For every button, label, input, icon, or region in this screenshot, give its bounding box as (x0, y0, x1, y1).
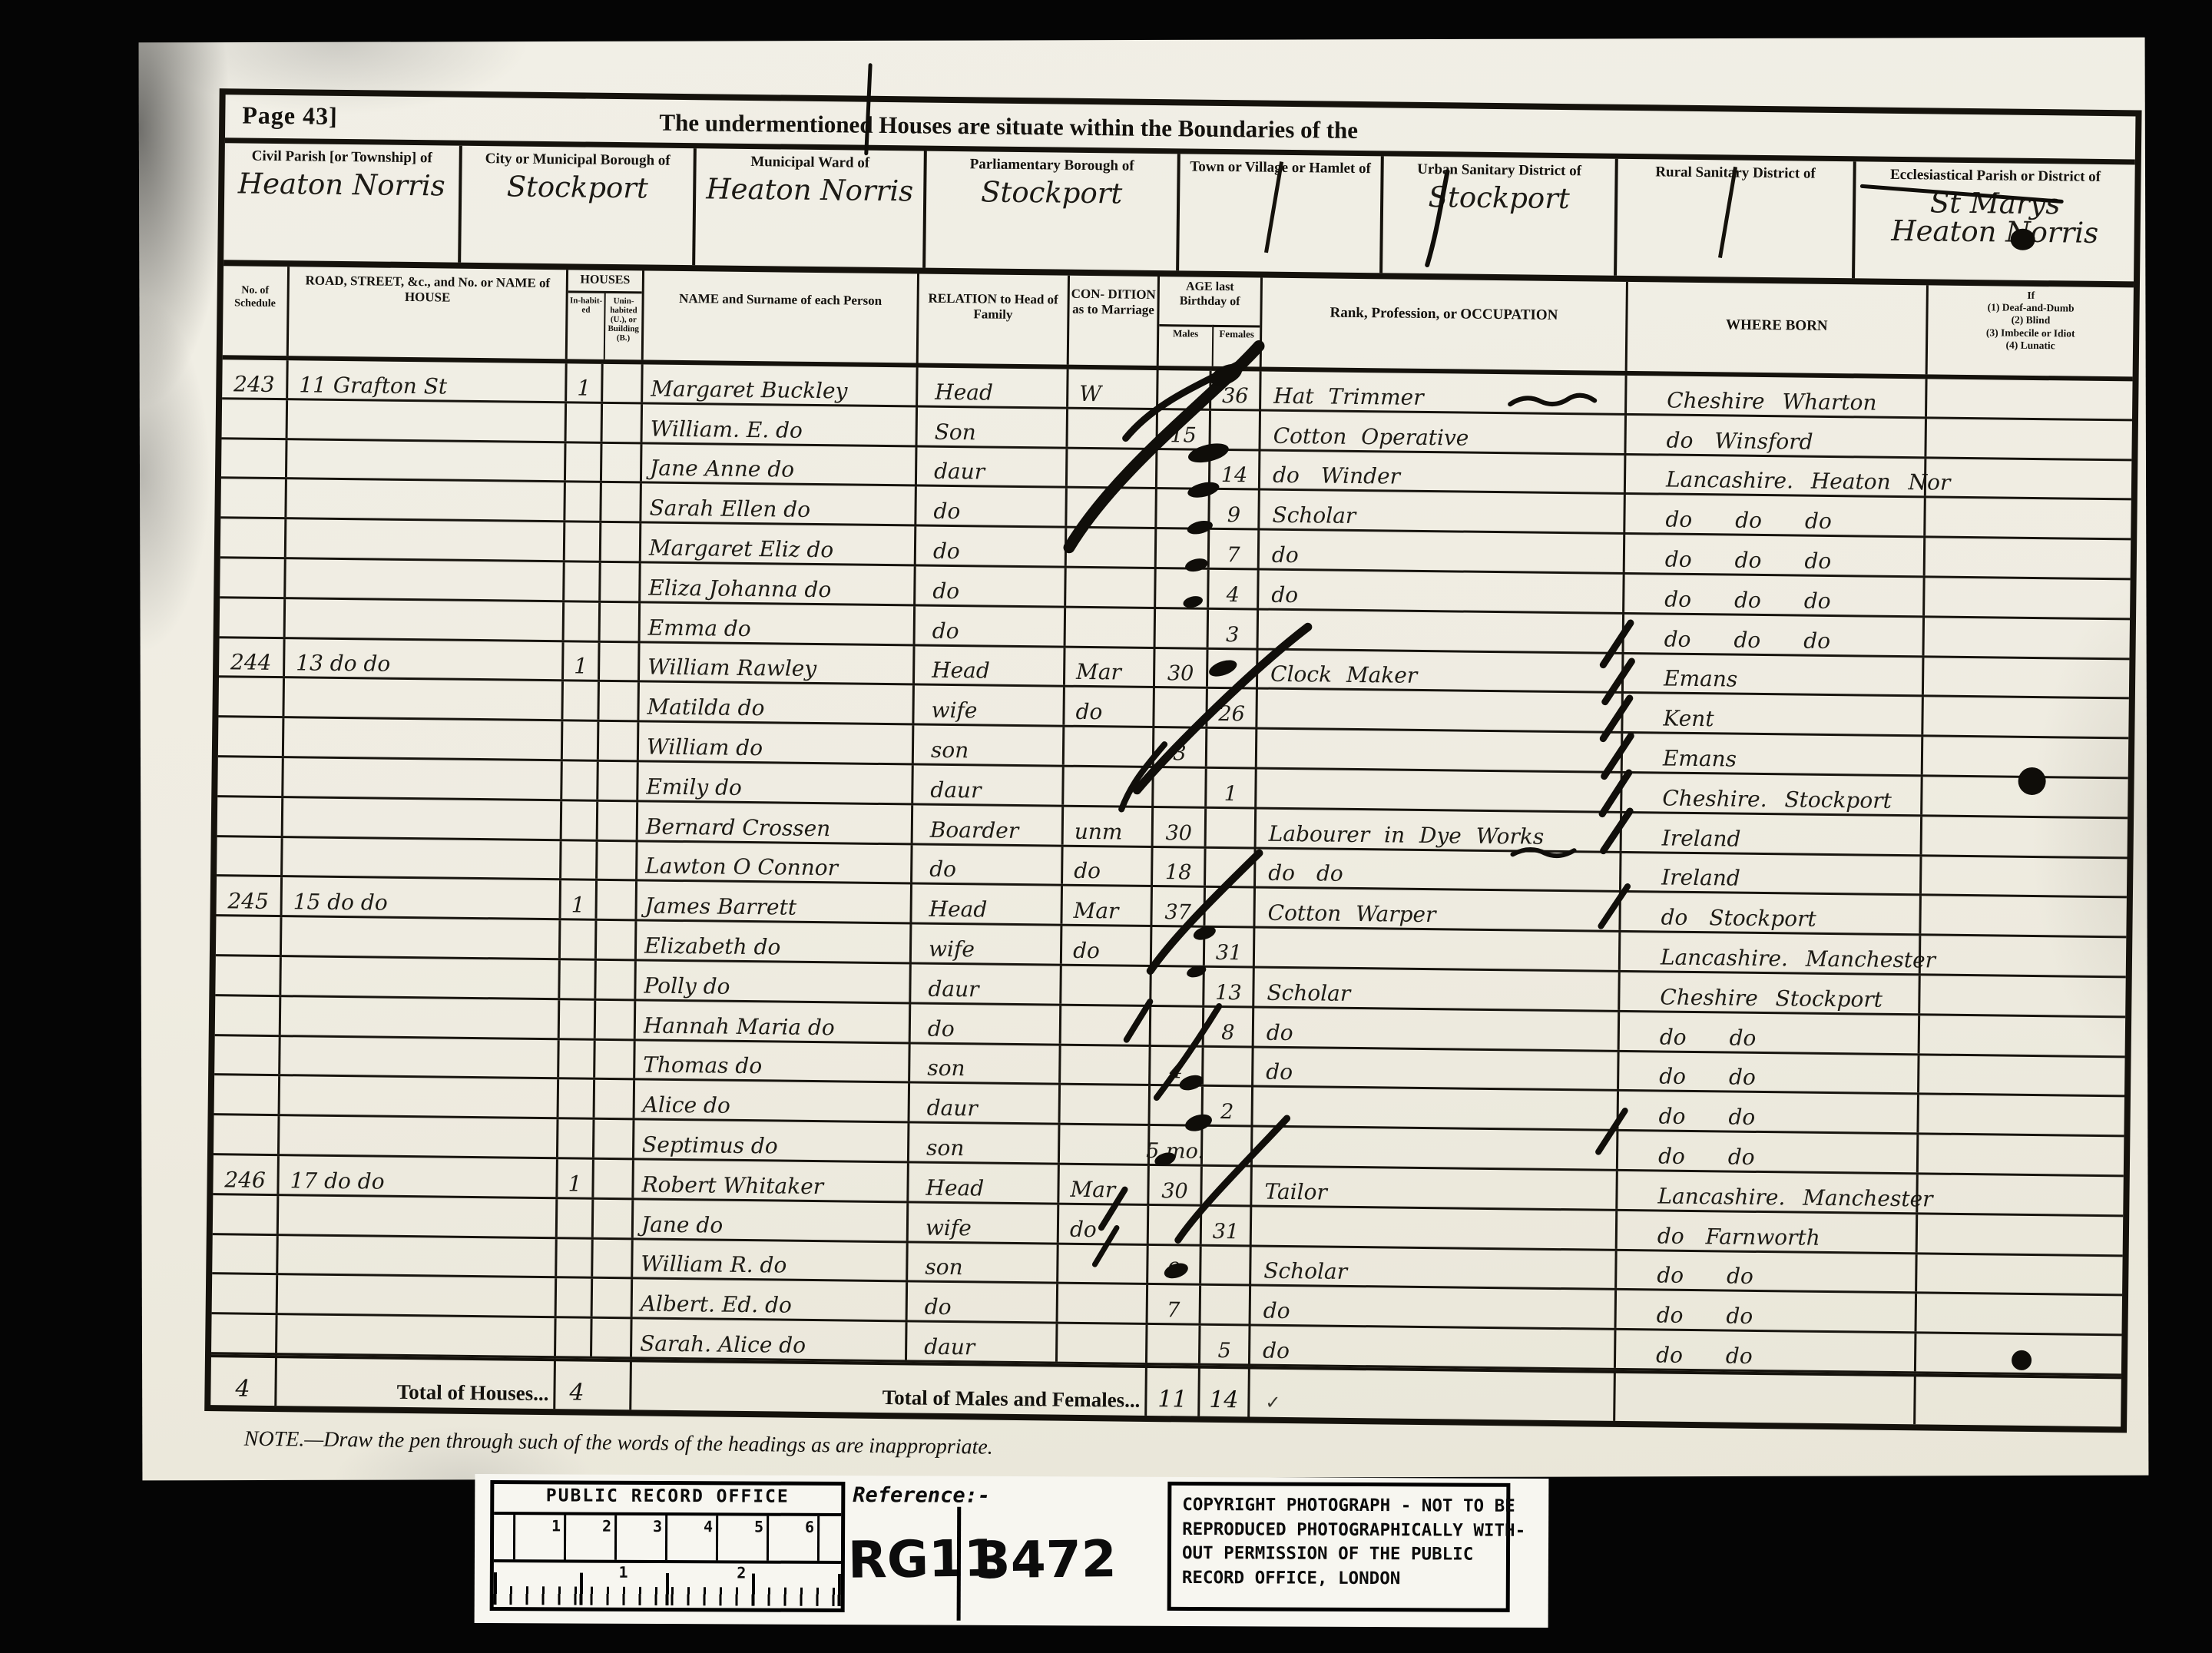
header-box-value (1180, 180, 1380, 182)
cell-schedule (217, 797, 282, 836)
cell-disability (1918, 1015, 2126, 1055)
cell-schedule: 244 (219, 638, 283, 677)
cell-age-female: 2 (1200, 1087, 1251, 1125)
totals-houses-label: Total of Houses... (274, 1355, 554, 1409)
cell-name: William R. do (631, 1240, 906, 1280)
cell-schedule (220, 518, 285, 557)
cell-uninhabited (599, 483, 640, 521)
cell-name: James Barrett (634, 882, 910, 923)
cell-schedule (212, 1235, 276, 1274)
cell-schedule (214, 1115, 278, 1154)
cell-disability (1924, 459, 2132, 499)
cell-inhabited (563, 483, 600, 521)
cell-disability (1917, 1055, 2125, 1095)
cell-schedule (220, 598, 284, 637)
cell-condition: do (1061, 846, 1151, 885)
col-header-occupation: Rank, Profession, or OCCUPATION (1260, 278, 1626, 371)
disability-line-4: (4) Lunatic (1928, 338, 2133, 353)
cell-age-male: 15 (1155, 410, 1209, 449)
header-box-label: Urban Sanitary District of (1383, 156, 1614, 180)
cell-age-female (1200, 1127, 1251, 1165)
cell-age-female (1199, 1286, 1250, 1324)
totals-born-empty (1613, 1370, 1914, 1424)
cell-inhabited (564, 443, 601, 481)
cell-schedule: 245 (217, 877, 281, 916)
cell-road (278, 1076, 558, 1117)
cell-uninhabited (595, 841, 636, 879)
cell-disability (1916, 1174, 2124, 1214)
cell-age-male: 4 (1148, 1047, 1202, 1085)
cell-name: Margaret Buckley (641, 364, 916, 405)
cell-disability (1919, 856, 2128, 896)
cell-inhabited (560, 801, 597, 839)
header-box: Urban Sanitary District of Stockport (1379, 156, 1615, 275)
cell-condition (1064, 608, 1154, 646)
cell-where-born: do do do (1622, 614, 1923, 655)
cell-disability (1914, 1294, 2122, 1334)
cell-disability (1920, 777, 2128, 817)
cell-age-female: 8 (1202, 1007, 1253, 1045)
cell-uninhabited (591, 1199, 632, 1237)
cell-age-male: 30 (1153, 649, 1207, 687)
col-header-age: AGE last Birthday of Males Females (1157, 277, 1260, 367)
cell-road (278, 1037, 558, 1078)
cell-inhabited (562, 562, 599, 600)
cell-schedule (214, 1036, 279, 1075)
cell-road (277, 1116, 557, 1157)
cell-inhabited (562, 602, 599, 640)
cell-name: Polly do (634, 961, 909, 1002)
cell-occupation: Clock Maker (1256, 650, 1622, 691)
cell-disability (1919, 936, 2127, 976)
col-header-age-label: AGE last Birthday of (1159, 277, 1260, 325)
header-box: Ecclesiastical Parish or District of St … (1852, 161, 2135, 281)
cell-uninhabited (596, 762, 637, 800)
col-header-where-born: WHERE BORN (1625, 282, 1926, 374)
cell-road (279, 997, 558, 1038)
cell-schedule (217, 837, 281, 876)
cell-road (286, 400, 565, 441)
cell-age-female: 36 (1209, 371, 1260, 409)
cell-inhabited (558, 920, 595, 958)
cell-where-born: Kent (1621, 694, 1922, 734)
cell-age-male: 3 (1152, 728, 1206, 767)
cell-occupation: Labourer in Dye Works (1254, 809, 1621, 850)
scanned-census-page: Page 43] The undermentioned Houses are s… (0, 0, 2212, 1653)
cell-age-male: 30 (1151, 808, 1205, 846)
cell-age-male: 9 (1146, 1245, 1200, 1284)
cell-age-female (1204, 809, 1255, 847)
ruler-cm-cell (494, 1515, 515, 1559)
cell-name: Elizabeth do (634, 922, 910, 962)
cell-age-female (1206, 649, 1257, 687)
copyright-line: COPYRIGHT PHOTOGRAPH - NOT TO BE (1182, 1493, 1506, 1519)
cell-age-male (1154, 609, 1207, 648)
cell-name: Emma do (638, 603, 914, 644)
cell-condition: do (1062, 687, 1153, 726)
header-box-value (1618, 185, 1853, 187)
cell-age-male (1147, 1206, 1200, 1244)
cell-age-male (1152, 688, 1206, 727)
cell-relation: do (909, 1004, 1060, 1043)
cell-road (280, 917, 559, 958)
cell-age-female (1203, 888, 1253, 926)
cell-name: Septimus do (632, 1120, 908, 1161)
cell-uninhabited (591, 1160, 632, 1198)
cell-relation: son (908, 1044, 1059, 1083)
cell-schedule (214, 1075, 279, 1114)
col-header-condition: CON- DITION as to Marriage (1067, 276, 1157, 366)
cell-age-male: 37 (1150, 887, 1204, 926)
totals-mf-label: Total of Males and Females... (629, 1359, 1145, 1416)
cell-uninhabited (594, 1001, 634, 1039)
ruler-cm-number: 6 (805, 1518, 814, 1536)
cell-where-born: do Farnworth (1615, 1211, 1916, 1252)
cell-uninhabited (591, 1239, 631, 1277)
cell-inhabited: 1 (558, 881, 595, 919)
cell-uninhabited (598, 563, 639, 601)
cell-schedule (211, 1314, 276, 1353)
cell-road (284, 519, 564, 560)
ruler-cm-cell: 1 (515, 1515, 566, 1559)
cell-age-female: 7 (1207, 530, 1258, 568)
cell-condition (1058, 1125, 1148, 1164)
cell-occupation (1255, 690, 1621, 731)
cell-relation: son (912, 726, 1063, 765)
cell-condition (1056, 1244, 1147, 1283)
totals-checkmark: ✓ (1247, 1366, 1614, 1420)
cell-schedule (215, 956, 280, 995)
form-title: The undermentioned Houses are situate wi… (502, 107, 1515, 146)
col-header-relation: RELATION to Head of Family (916, 273, 1068, 364)
cell-occupation (1254, 769, 1621, 810)
cell-condition: unm (1061, 807, 1152, 845)
cell-where-born: Emans (1621, 734, 1922, 774)
cell-inhabited (558, 960, 594, 998)
cell-relation: daur (911, 765, 1062, 804)
cell-condition: Mar (1063, 648, 1154, 686)
cell-where-born: do do (1614, 1251, 1916, 1291)
col-header-inhabited: In-habit-ed (568, 293, 604, 359)
header-box: Parliamentary Borough of Stockport (922, 151, 1177, 271)
cell-inhabited (558, 1000, 594, 1038)
cell-road (285, 440, 565, 481)
cell-occupation: Scholar (1249, 1247, 1615, 1288)
copyright-box: COPYRIGHT PHOTOGRAPH - NOT TO BEREPRODUC… (1167, 1482, 1511, 1612)
cell-age-male: 7 (1146, 1285, 1200, 1323)
cell-age-male (1151, 768, 1205, 807)
cell-relation: Boarder (911, 805, 1062, 844)
cell-age-female: 3 (1207, 610, 1257, 648)
cell-inhabited (556, 1119, 593, 1157)
cell-relation: do (913, 566, 1065, 605)
cell-age-male: 5 mo. (1147, 1126, 1201, 1164)
cell-age-female (1199, 1246, 1250, 1284)
cell-road (282, 718, 561, 759)
ruler-cm-cell: 4 (667, 1516, 718, 1560)
cell-condition (1062, 727, 1153, 766)
col-header-houses-label: HOUSES (568, 270, 642, 293)
cell-road (276, 1275, 555, 1316)
cell-age-male (1149, 1007, 1203, 1045)
ruler-cm-number: 2 (602, 1517, 611, 1535)
cell-name: Sarah Ellen do (639, 484, 915, 525)
cell-inhabited (555, 1199, 592, 1237)
ruler-cm-cell: 3 (617, 1516, 667, 1560)
cell-condition: do (1057, 1204, 1147, 1243)
cell-disability (1915, 1254, 2123, 1294)
cell-name: Robert Whitaker (631, 1160, 907, 1201)
cell-where-born: do do (1616, 1092, 1917, 1132)
header-box-label: Parliamentary Borough of (927, 151, 1177, 176)
cell-where-born: Emans (1621, 654, 1922, 694)
cell-condition (1055, 1324, 1146, 1363)
cell-where-born: do do do (1622, 575, 1923, 615)
cell-age-female: 26 (1205, 689, 1256, 727)
cell-schedule (221, 439, 286, 478)
cell-schedule (218, 678, 283, 717)
cell-uninhabited (598, 642, 638, 680)
cell-inhabited: 1 (561, 642, 598, 680)
cell-where-born: do do (1616, 1131, 1917, 1172)
cell-name: Margaret Eliz do (639, 524, 915, 565)
col-header-uninhabited: Unin-habited (U.), or Building (B.) (604, 293, 642, 360)
cell-schedule (216, 916, 280, 955)
cell-condition (1058, 1085, 1149, 1124)
cell-relation: wife (906, 1203, 1058, 1242)
cell-road: 15 do do (280, 877, 560, 918)
cell-disability (1923, 499, 2131, 538)
cell-uninhabited (593, 1040, 634, 1078)
cell-condition (1059, 966, 1150, 1005)
cell-condition (1056, 1284, 1147, 1323)
cell-name: Albert. Ed. do (631, 1280, 906, 1320)
cell-name: Thomas do (633, 1041, 909, 1082)
cell-occupation (1253, 929, 1619, 970)
cell-occupation: Hat Trimmer (1259, 372, 1625, 413)
cell-relation: daur (905, 1323, 1056, 1362)
cell-where-born: do do do (1623, 495, 1924, 535)
header-box-label: City or Municipal Borough of (462, 146, 694, 170)
cell-inhabited (565, 403, 601, 441)
header-box: Town or Village or Hamlet of (1176, 154, 1381, 273)
cell-age-female: 13 (1202, 968, 1253, 1006)
ruler-cm-number: 5 (754, 1518, 763, 1536)
cell-occupation (1257, 610, 1623, 651)
cell-uninhabited (590, 1319, 631, 1357)
cell-relation: son (907, 1124, 1058, 1163)
cell-age-male (1147, 1086, 1201, 1125)
cell-inhabited (560, 761, 597, 799)
cell-name: William Rawley (637, 643, 913, 684)
cell-where-born: Lancashire. Heaton Nor (1624, 455, 1925, 496)
cell-schedule (212, 1274, 276, 1313)
cell-name: Jane do (631, 1200, 907, 1241)
cell-age-female: 1 (1204, 769, 1255, 807)
cell-schedule (220, 558, 284, 597)
col-header-schedule: No. of Schedule (223, 266, 287, 356)
cell-where-born: do do (1617, 1052, 1918, 1092)
header-box-value: Heaton Norris (224, 169, 459, 200)
cell-name: Matilda do (637, 683, 912, 724)
col-header-road: ROAD, STREET, &c., and No. or NAME of HO… (286, 267, 566, 359)
cell-road (283, 559, 563, 600)
ruler-cm-cell: 2 (566, 1515, 617, 1559)
cell-inhabited (561, 721, 598, 759)
cell-uninhabited (597, 722, 637, 760)
cell-age-male (1150, 927, 1204, 966)
cell-condition (1065, 409, 1156, 447)
cell-inhabited (554, 1318, 591, 1356)
cell-condition (1058, 1045, 1149, 1084)
cell-disability (1922, 618, 2130, 658)
cell-relation: Son (916, 407, 1067, 446)
cell-disability (1925, 379, 2133, 419)
header-boxes: Civil Parish [or Township] of Heaton Nor… (224, 143, 2135, 287)
cell-relation: daur (909, 964, 1060, 1003)
cell-age-male (1149, 967, 1203, 1005)
cell-road (283, 599, 563, 640)
cell-occupation: do Winder (1258, 451, 1624, 492)
cell-age-female (1208, 411, 1259, 449)
census-rows: 243 11 Grafton St 1 Margaret Buckley Hea… (211, 359, 2133, 1376)
cell-disability (1914, 1333, 2122, 1373)
cell-occupation (1255, 730, 1621, 771)
totals-males: 11 (1144, 1365, 1198, 1416)
cell-relation: daur (915, 447, 1066, 486)
cell-name: Alice do (633, 1081, 909, 1121)
col-header-houses-sub: In-habit-ed Unin-habited (U.), or Buildi… (568, 293, 642, 359)
cell-age-female: 5 (1198, 1326, 1249, 1364)
cell-occupation: Scholar (1257, 491, 1624, 532)
cell-disability (1920, 817, 2128, 856)
cell-name: Hannah Maria do (634, 1001, 909, 1042)
cell-uninhabited (596, 802, 637, 840)
cell-where-born: Ireland (1619, 853, 1920, 893)
cell-schedule: 246 (213, 1155, 277, 1194)
cell-condition (1064, 568, 1154, 607)
cell-occupation (1250, 1088, 1617, 1129)
header-box-value: Stockport (926, 177, 1177, 208)
cell-where-born: do do (1618, 1012, 1919, 1053)
cell-condition (1059, 1005, 1150, 1044)
cell-relation: son (906, 1243, 1057, 1282)
totals-disability-empty (1913, 1373, 2121, 1426)
cell-uninhabited (601, 364, 641, 402)
cell-road (276, 1196, 556, 1237)
cell-age-female (1200, 1167, 1250, 1205)
cell-disability (1918, 976, 2126, 1015)
cell-occupation: do (1251, 1048, 1618, 1089)
cell-disability (1916, 1214, 2124, 1254)
cell-where-born: Cheshire Wharton (1624, 376, 1926, 416)
header-box-label: Rural Sanitary District of (1618, 159, 1853, 183)
header-box-value: Heaton Norris (696, 174, 923, 205)
cell-relation: Head (912, 646, 1064, 685)
cell-disability (1921, 737, 2129, 777)
cell-uninhabited (594, 961, 634, 999)
header-box: Civil Parish [or Township] of Heaton Nor… (224, 143, 459, 262)
cell-age-female: 9 (1207, 490, 1258, 528)
cell-where-born: do Winsford (1624, 416, 1925, 456)
cell-where-born: Lancashire. Manchester (1618, 933, 1919, 973)
cell-age-male (1154, 489, 1208, 528)
col-header-disability: If (1) Deaf-and-Dumb (2) Blind (3) Imbec… (1926, 285, 2134, 376)
cell-road: 11 Grafton St (286, 360, 565, 401)
cell-age-female: 14 (1208, 450, 1259, 489)
cell-name: William do (637, 723, 912, 764)
cell-relation: do (906, 1283, 1057, 1322)
header-box: Municipal Ward of Heaton Norris (692, 148, 924, 267)
ruler-inch-number: 1 (619, 1563, 628, 1582)
pro-ruler-box: PUBLIC RECORD OFFICE 123456 1 2 (490, 1480, 846, 1612)
cell-age-male (1156, 370, 1210, 409)
cell-age-female: 4 (1207, 570, 1257, 608)
cell-road (281, 798, 561, 839)
cell-relation: do (914, 487, 1065, 526)
ruler-cm-row: 123456 (494, 1515, 841, 1564)
cell-where-born: do do (1614, 1290, 1916, 1331)
census-form: Page 43] The undermentioned Houses are s… (204, 88, 2141, 1433)
cell-schedule (222, 399, 286, 438)
ruler-cm-number: 1 (551, 1516, 561, 1535)
cell-inhabited: 1 (565, 363, 601, 401)
header-box-label: Town or Village or Hamlet of (1181, 154, 1381, 177)
reference-piece: 3472 (975, 1529, 1117, 1590)
pro-reference-card: PUBLIC RECORD OFFICE 123456 1 2 Referenc… (475, 1474, 1549, 1628)
cell-occupation (1250, 1128, 1617, 1169)
cell-condition: do (1060, 926, 1151, 965)
cell-disability (1922, 658, 2130, 697)
cell-where-born: do Stockport (1618, 893, 1919, 933)
header-box-label: Ecclesiastical Parish or District of (1856, 161, 2134, 186)
cell-condition (1065, 449, 1156, 487)
header-box: City or Municipal Borough of Stockport (458, 146, 694, 265)
col-header-females: Females (1212, 325, 1260, 367)
header-box: Rural Sanitary District of (1614, 159, 1853, 279)
cell-where-born: Cheshire Stockport (1618, 972, 1919, 1013)
cell-name: William. E. do (641, 404, 916, 445)
cell-relation: wife (909, 925, 1061, 964)
cell-age-female (1204, 848, 1254, 886)
cell-uninhabited (594, 881, 635, 919)
copyright-line: REPRODUCED PHOTOGRAPHICALLY WITH- (1182, 1517, 1506, 1542)
cell-age-male (1154, 569, 1207, 608)
cell-relation: Head (916, 367, 1067, 406)
cell-occupation: Cotton Warper (1253, 889, 1619, 930)
reference-divider (957, 1507, 962, 1621)
header-box-value: St Marys Heaton Norris (1856, 187, 2135, 247)
cell-disability (1924, 419, 2132, 459)
cell-schedule: 243 (222, 359, 286, 398)
ruler-inch-row: 1 2 (494, 1562, 841, 1606)
scan-skew-wrapper: Page 43] The undermentioned Houses are s… (204, 88, 2142, 1472)
ruler-cm-cell: 6 (769, 1516, 820, 1561)
col-header-age-sub: Males Females (1159, 324, 1260, 366)
cell-age-male: 30 (1147, 1166, 1200, 1204)
cell-relation: wife (912, 686, 1063, 725)
cell-name: Lawton O Connor (635, 842, 911, 883)
cell-age-female (1201, 1047, 1252, 1085)
cell-name: Eliza Johanna do (638, 563, 914, 604)
cell-name: Bernard Crossen (636, 802, 912, 843)
cell-uninhabited (599, 523, 640, 561)
cell-where-born: Cheshire. Stockport (1620, 773, 1921, 814)
cell-relation: daur (908, 1084, 1059, 1123)
cell-condition: W (1066, 369, 1157, 408)
cell-road: 13 do do (283, 639, 562, 680)
cell-age-male (1155, 450, 1209, 489)
